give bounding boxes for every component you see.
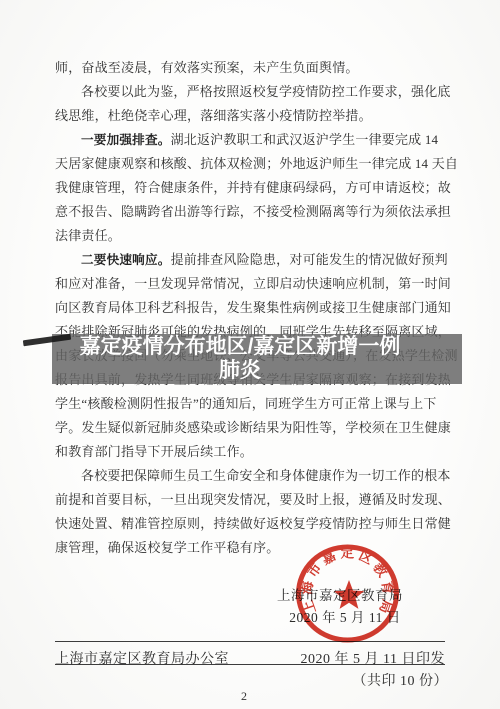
body-line-text: 各校要把保障师生员工生命安全和身体健康作为一切工作的根本 (81, 468, 451, 483)
body-line-text: 快速处置、精准管控原则，持续做好返校复学疫情防控与师生日常健 (55, 516, 451, 531)
document-body: 师，奋战至凌晨，有效落实预案，未产生负面舆情。 各校要以此为鉴，严格按照返校复学… (55, 56, 441, 560)
footer-print-date: 2020 年 5 月 11 日印发 (301, 648, 445, 668)
official-seal: 上海市嘉定区教育局 (292, 544, 402, 646)
body-line: 和教育部门指导下开展后续工作。 (55, 440, 441, 464)
body-line-text: 康管理，确保返校复学工作平稳有序。 (55, 540, 279, 555)
body-line: 线思维，杜绝侥幸心理，落细落实落小疫情防控举措。 (55, 104, 441, 128)
body-line: 天居家健康观察和核酸、抗体双检测；外地返沪师生一律完成 14 天自 (55, 152, 441, 176)
news-title-line2: 肺炎 (219, 359, 261, 383)
document-page: { "overlay": { "line1": "嘉定疫情分布地区/嘉定区新增一… (0, 0, 500, 709)
body-line-text: 各校要以此为鉴，严格按照返校复学疫情防控工作要求，强化底 (81, 84, 451, 99)
body-line: 意不报告、隐瞒跨省出游等行踪，不接受检测隔离等行为须依法承担 (55, 200, 441, 224)
star-icon (334, 580, 364, 609)
body-line-text: 和应对准备，一旦发现异常情况，立即启动快速响应机制，第一时间 (55, 276, 451, 291)
body-line: 我健康管理，符合健康条件，并持有健康码绿码，方可申请返校；故 (55, 176, 441, 200)
body-line: 和应对准备，一旦发现异常情况，立即启动快速响应机制，第一时间 (55, 272, 441, 296)
body-line: 师，奋战至凌晨，有效落实预案，未产生负面舆情。 (55, 56, 441, 80)
body-line: 快速处置、精准管控原则，持续做好返校复学疫情防控与师生日常健 (55, 512, 441, 536)
body-line-text: 法律责任。 (55, 228, 121, 243)
seal-text: 上海市嘉定区教育局 (298, 545, 397, 616)
body-line-text: 学生“核酸检测阴性报告”的通知后，同班学生方可正常上课与上下 (55, 396, 437, 411)
body-line-text: 学。发生疑似新冠肺炎感染或诊断结果为阳性等，学校须在卫生健康 (55, 420, 451, 435)
body-line: 二要快速响应。提前排查风险隐患，对可能发生的情况做好预判 (55, 248, 441, 272)
news-title-line1: 嘉定疫情分布地区/嘉定区新增一例 (80, 335, 401, 359)
body-line-text: 师，奋战至凌晨，有效落实预案，未产生负面舆情。 (55, 60, 359, 75)
body-line-text: 意不报告、隐瞒跨省出游等行踪，不接受检测隔离等行为须依法承担 (55, 204, 451, 219)
body-line: 一要加强排查。湖北返沪教职工和武汉返沪学生一律要完成 14 (55, 128, 441, 152)
page-number: 2 (0, 689, 488, 704)
body-line-text: 湖北返沪教职工和武汉返沪学生一律要完成 14 (171, 132, 439, 147)
body-line: 学生“核酸检测阴性报告”的通知后，同班学生方可正常上课与上下 (55, 392, 441, 416)
footer-divider-bottom (55, 664, 445, 665)
body-line-bold: 二要快速响应。 (81, 253, 171, 267)
body-line: 各校要把保障师生员工生命安全和身体健康作为一切工作的根本 (55, 464, 441, 488)
body-line: 各校要以此为鉴，严格按照返校复学疫情防控工作要求，强化底 (55, 80, 441, 104)
body-line-text: 和教育部门指导下开展后续工作。 (55, 444, 253, 459)
body-line-text: 向区教育局体卫科艺科报告，发生聚集性病例或接卫生健康部门通知 (55, 300, 451, 315)
body-line-text: 我健康管理，符合健康条件，并持有健康码绿码，方可申请返校；故 (55, 180, 451, 195)
body-line-text: 前提和首要目标，一旦出现突发情况，要及时上报，遵循及时发现、 (55, 492, 451, 507)
body-line-text: 提前排查风险隐患，对可能发生的情况做好预判 (171, 252, 448, 267)
body-line: 向区教育局体卫科艺科报告，发生聚集性病例或接卫生健康部门通知 (55, 296, 441, 320)
footer-copies-count: （共印 10 份） (353, 670, 449, 690)
body-line: 法律责任。 (55, 224, 441, 248)
body-line-text: 线思维，杜绝侥幸心理，落细落实落小疫情防控举措。 (55, 108, 372, 123)
seal-text-curved: 上海市嘉定区教育局 (298, 545, 397, 616)
footer-office: 上海市嘉定区教育局办公室 (55, 648, 229, 668)
body-line: 学。发生疑似新冠肺炎感染或诊断结果为阳性等，学校须在卫生健康 (55, 416, 441, 440)
body-line: 前提和首要目标，一旦出现突发情况，要及时上报，遵循及时发现、 (55, 488, 441, 512)
news-title-overlay: 嘉定疫情分布地区/嘉定区新增一例 肺炎 (52, 334, 462, 384)
body-line-bold: 一要加强排查。 (81, 133, 171, 147)
body-line-text: 天居家健康观察和核酸、抗体双检测；外地返沪师生一律完成 14 天自 (55, 156, 458, 171)
